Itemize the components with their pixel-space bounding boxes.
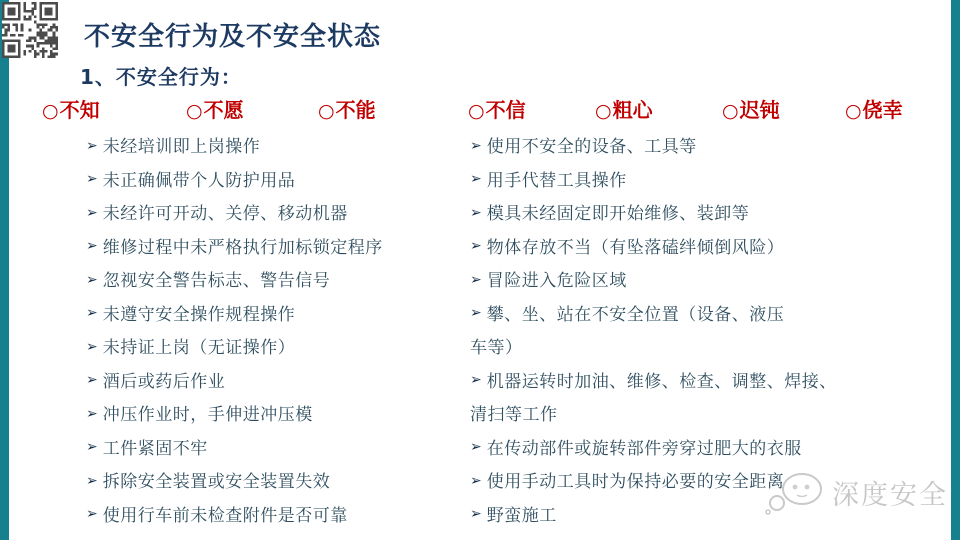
unsafe-behavior-list-left: ➢未经培训即上岗操作➢未正确佩带个人防护用品➢未经许可开动、关停、移动机器➢维修…	[86, 128, 466, 530]
arrow-bullet-icon: ➢	[470, 372, 482, 388]
slide-container: 不安全行为及不安全状态 1、不安全行为： ○不知○不愿○不能○不信○粗心○迟钝○…	[0, 0, 960, 540]
arrow-bullet-icon: ➢	[86, 138, 98, 154]
arrow-bullet-icon: ➢	[86, 372, 98, 388]
circle-marker-icon: ○	[42, 100, 59, 122]
item-text: 用手代替工具操作	[487, 166, 627, 191]
list-item: ➢未经培训即上岗操作	[86, 128, 466, 162]
arrow-bullet-icon: ➢	[86, 238, 98, 254]
category-row: ○不知○不愿○不能○不信○粗心○迟钝○侥幸	[0, 94, 960, 122]
category-item: ○粗心	[595, 94, 653, 123]
item-text: 冲压作业时，手伸进冲压模	[103, 400, 313, 425]
list-item: ➢在传动部件或旋转部件旁穿过肥大的衣服	[470, 430, 948, 464]
item-text: 使用手动工具时为保持必要的安全距离	[487, 467, 785, 492]
list-item: ➢用手代替工具操作	[470, 162, 948, 196]
circle-marker-icon: ○	[186, 100, 203, 122]
circle-marker-icon: ○	[595, 100, 612, 122]
item-text: 使用不安全的设备、工具等	[487, 132, 697, 157]
list-item: ➢机器运转时加油、维修、检查、调整、焊接、	[470, 363, 948, 397]
qr-code-icon	[2, 2, 58, 58]
item-text: 冒险进入危险区域	[487, 266, 627, 291]
list-item: 清扫等工作	[470, 396, 948, 430]
arrow-bullet-icon: ➢	[470, 138, 482, 154]
arrow-bullet-icon: ➢	[86, 339, 98, 355]
list-item: ➢未经许可开动、关停、移动机器	[86, 195, 466, 229]
list-item: ➢未持证上岗（无证操作）	[86, 329, 466, 363]
circle-marker-icon: ○	[468, 100, 485, 122]
category-label: 迟钝	[740, 98, 780, 122]
list-item: ➢未遵守安全操作规程操作	[86, 296, 466, 330]
category-item: ○迟钝	[722, 94, 780, 123]
item-text: 使用行车前未检查附件是否可靠	[103, 501, 348, 526]
arrow-bullet-icon: ➢	[86, 439, 98, 455]
arrow-bullet-icon: ➢	[470, 506, 482, 522]
item-text: 机器运转时加油、维修、检查、调整、焊接、	[487, 367, 837, 392]
item-text: 未经许可开动、关停、移动机器	[103, 199, 348, 224]
arrow-bullet-icon: ➢	[470, 473, 482, 489]
item-text: 物体存放不当（有坠落磕绊倾倒风险）	[487, 233, 785, 258]
item-text: 未持证上岗（无证操作）	[103, 333, 296, 358]
arrow-bullet-icon: ➢	[86, 205, 98, 221]
item-text: 车等）	[470, 333, 523, 358]
list-item: 车等）	[470, 329, 948, 363]
circle-marker-icon: ○	[845, 100, 862, 122]
arrow-bullet-icon: ➢	[86, 506, 98, 522]
arrow-bullet-icon: ➢	[470, 238, 482, 254]
page-title: 不安全行为及不安全状态	[84, 16, 381, 53]
category-label: 不信	[486, 98, 526, 122]
arrow-bullet-icon: ➢	[470, 439, 482, 455]
arrow-bullet-icon: ➢	[86, 171, 98, 187]
watermark-logo-icon	[764, 468, 826, 516]
item-text: 工件紧固不牢	[103, 434, 208, 459]
arrow-bullet-icon: ➢	[470, 272, 482, 288]
category-label: 不知	[60, 98, 100, 122]
list-item: ➢模具未经固定即开始维修、装卸等	[470, 195, 948, 229]
category-item: ○侥幸	[845, 94, 903, 123]
right-border-bar	[951, 0, 960, 540]
list-item: ➢工件紧固不牢	[86, 430, 466, 464]
category-label: 粗心	[613, 98, 653, 122]
list-item: ➢攀、坐、站在不安全位置（设备、液压	[470, 296, 948, 330]
category-item: ○不能	[318, 94, 376, 123]
item-text: 模具未经固定即开始维修、装卸等	[487, 199, 750, 224]
arrow-bullet-icon: ➢	[86, 272, 98, 288]
item-text: 酒后或药后作业	[103, 367, 226, 392]
circle-marker-icon: ○	[318, 100, 335, 122]
list-item: ➢维修过程中未严格执行加标锁定程序	[86, 229, 466, 263]
list-item: ➢使用不安全的设备、工具等	[470, 128, 948, 162]
arrow-bullet-icon: ➢	[470, 205, 482, 221]
category-item: ○不愿	[186, 94, 244, 123]
category-label: 不愿	[204, 98, 244, 122]
arrow-bullet-icon: ➢	[86, 305, 98, 321]
item-text: 维修过程中未严格执行加标锁定程序	[103, 233, 383, 258]
watermark: 深度安全	[764, 468, 948, 516]
list-item: ➢使用行车前未检查附件是否可靠	[86, 497, 466, 531]
arrow-bullet-icon: ➢	[86, 406, 98, 422]
list-item: ➢物体存放不当（有坠落磕绊倾倒风险）	[470, 229, 948, 263]
item-text: 拆除安全装置或安全装置失效	[103, 467, 331, 492]
list-item: ➢冲压作业时，手伸进冲压模	[86, 396, 466, 430]
watermark-text: 深度安全	[832, 473, 948, 512]
left-border-bar	[0, 0, 9, 540]
arrow-bullet-icon: ➢	[470, 305, 482, 321]
item-text: 攀、坐、站在不安全位置（设备、液压	[487, 300, 785, 325]
item-text: 清扫等工作	[470, 400, 558, 425]
item-text: 未正确佩带个人防护用品	[103, 166, 296, 191]
list-item: ➢未正确佩带个人防护用品	[86, 162, 466, 196]
arrow-bullet-icon: ➢	[470, 171, 482, 187]
item-text: 未遵守安全操作规程操作	[103, 300, 296, 325]
item-text: 未经培训即上岗操作	[103, 132, 261, 157]
list-item: ➢忽视安全警告标志、警告信号	[86, 262, 466, 296]
circle-marker-icon: ○	[722, 100, 739, 122]
category-item: ○不知	[42, 94, 100, 123]
category-item: ○不信	[468, 94, 526, 123]
category-label: 不能	[336, 98, 376, 122]
list-item: ➢拆除安全装置或安全装置失效	[86, 463, 466, 497]
item-text: 野蛮施工	[487, 501, 557, 526]
list-item: ➢冒险进入危险区域	[470, 262, 948, 296]
section-heading: 1、不安全行为：	[80, 61, 242, 90]
arrow-bullet-icon: ➢	[86, 473, 98, 489]
item-text: 在传动部件或旋转部件旁穿过肥大的衣服	[487, 434, 802, 459]
list-item: ➢酒后或药后作业	[86, 363, 466, 397]
item-text: 忽视安全警告标志、警告信号	[103, 266, 331, 291]
category-label: 侥幸	[863, 98, 903, 122]
